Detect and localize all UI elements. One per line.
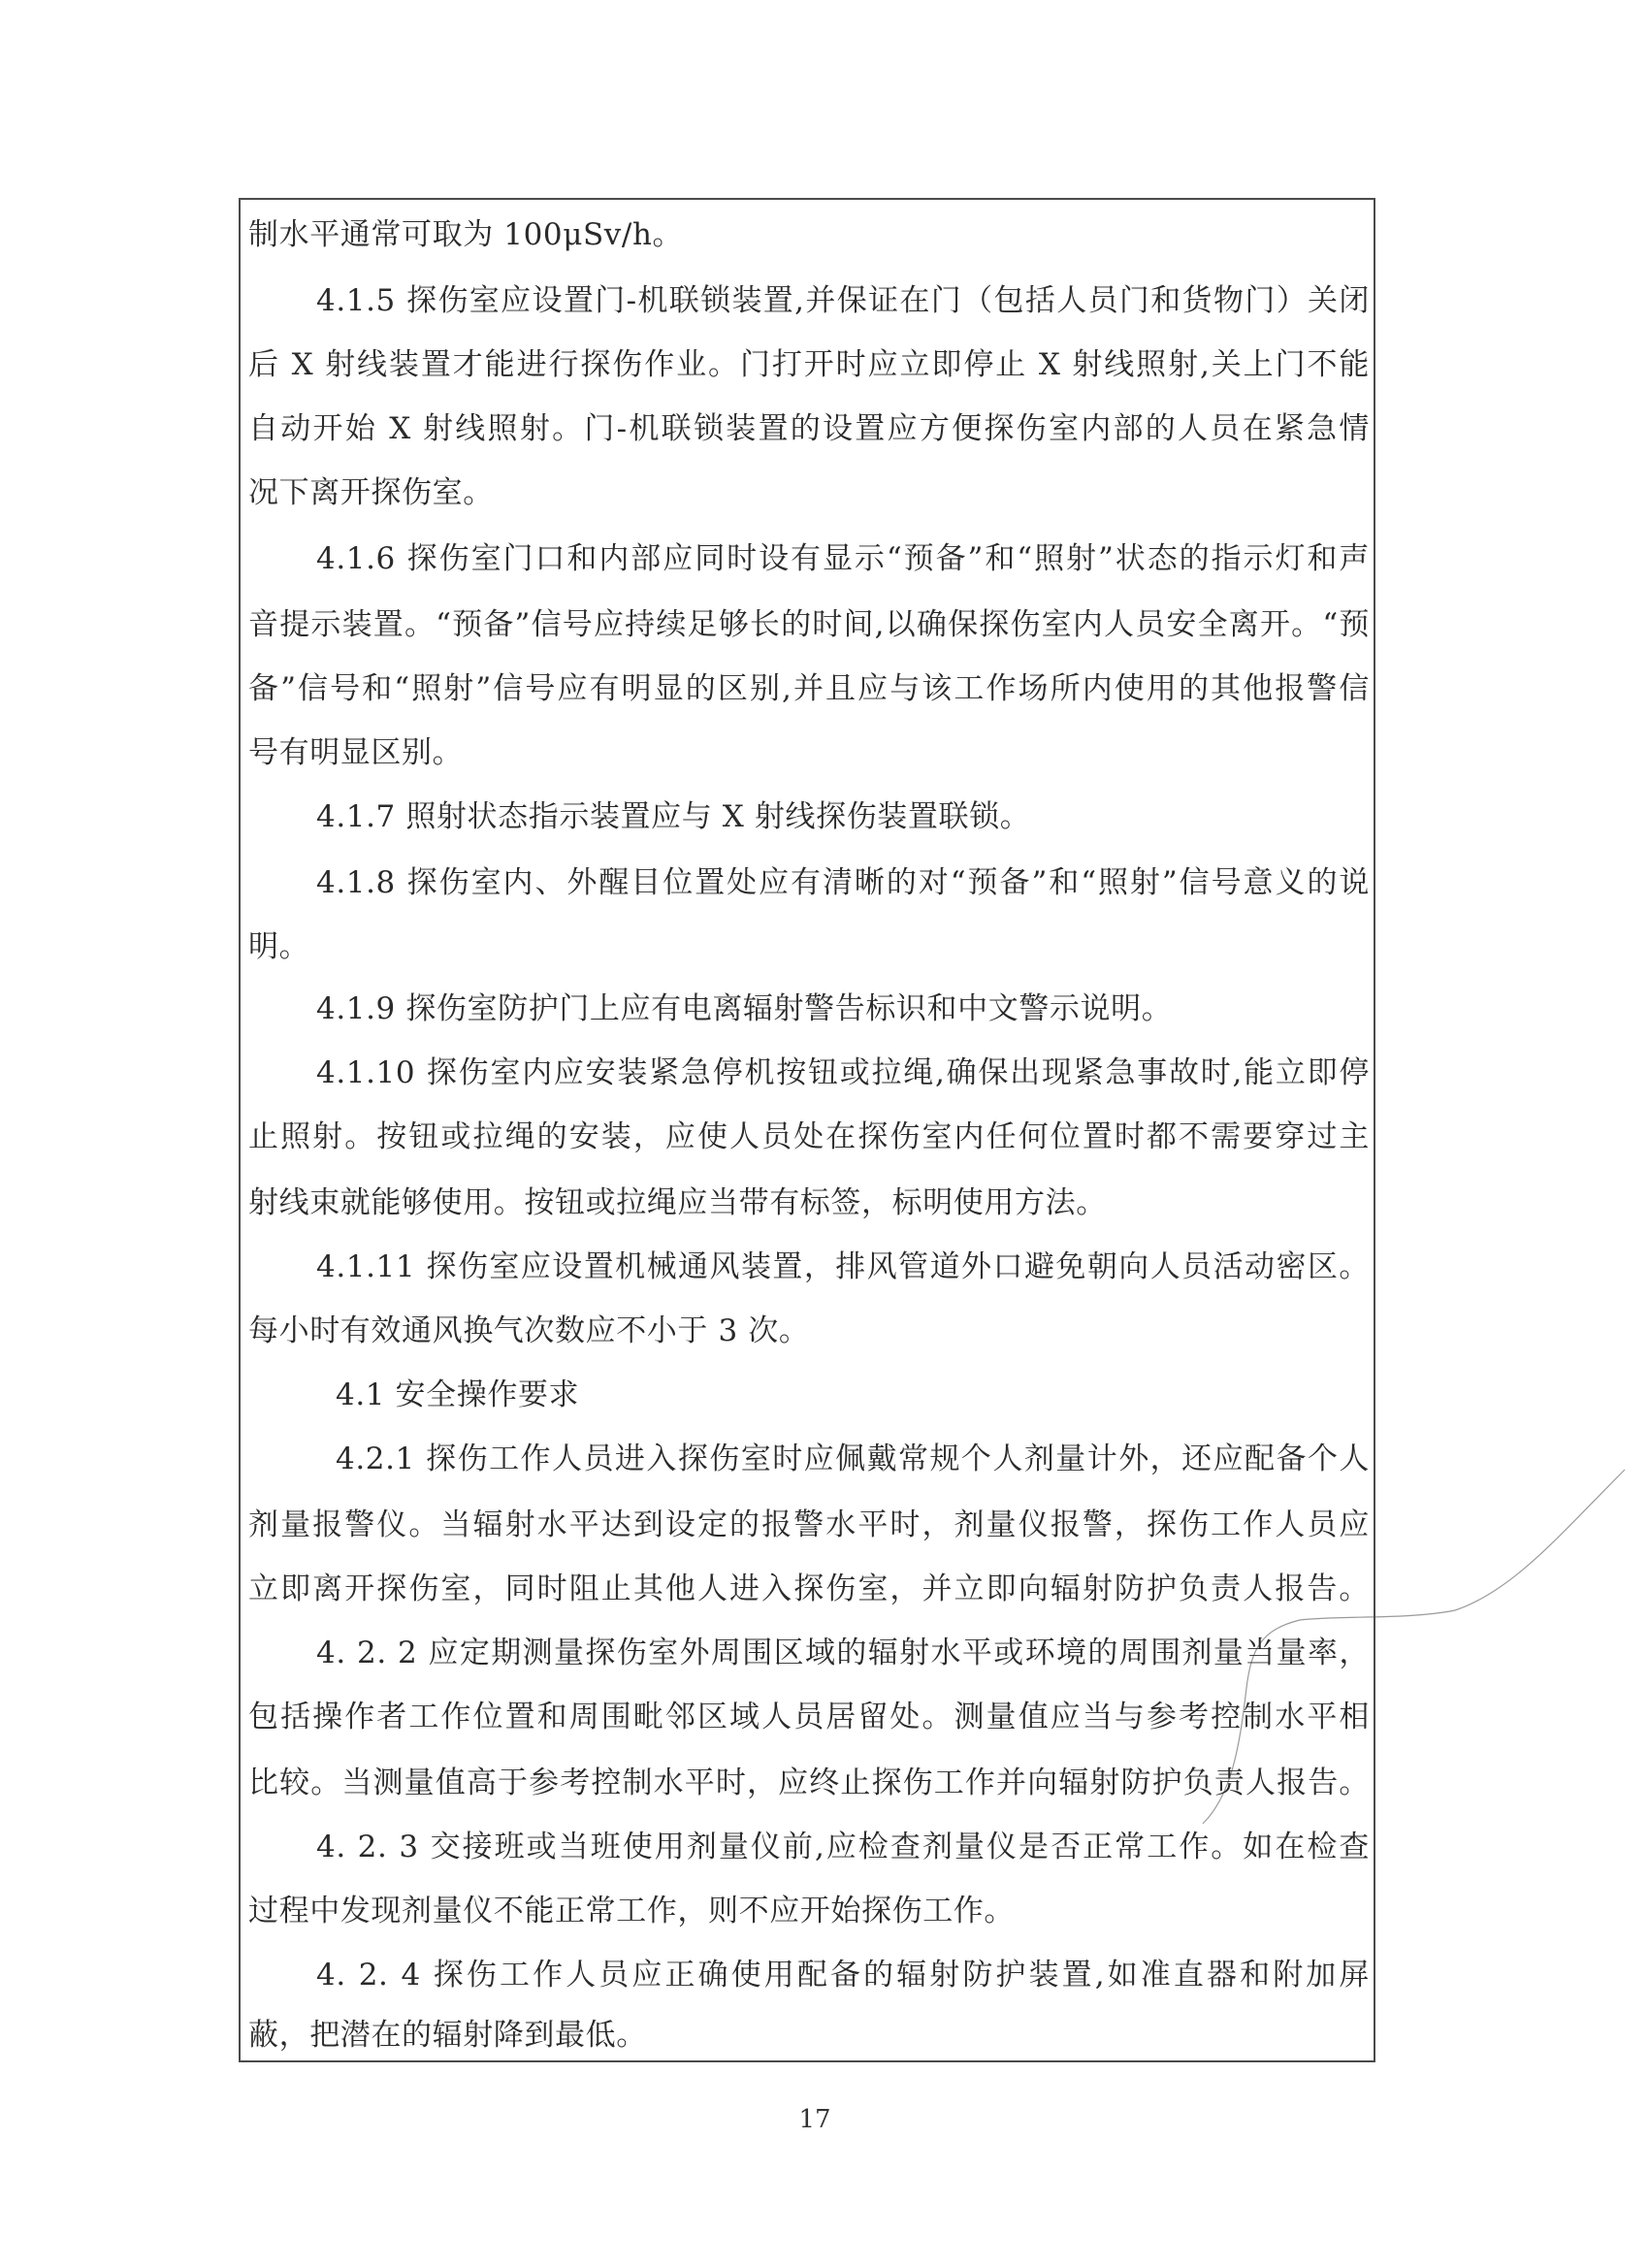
text-line: 比较。当测量值高于参考控制水平时，应终止探伤工作并向辐射防护负责人报告。: [248, 1762, 1370, 1804]
clause-4-2-3: 4. 2. 3 交接班或当班使用剂量仪前,应检查剂量仪是否正常工作。如在检查: [316, 1826, 1370, 1868]
text-line: 号有明显区别。: [248, 731, 1370, 774]
text-line: 射线束就能够使用。按钮或拉绳应当带有标签，标明使用方法。: [248, 1182, 1370, 1224]
text-line: 音提示装置。“预备”信号应持续足够长的时间,以确保探伤室内人员安全离开。“预: [248, 603, 1370, 646]
text-line: 况下离开探伤室。: [248, 471, 1370, 514]
clause-4-2-4: 4. 2. 4 探伤工作人员应正确使用配备的辐射防护装置,如准直器和附加屏: [316, 1954, 1370, 1996]
text-line: 立即离开探伤室，同时阻止其他人进入探伤室，并立即向辐射防护负责人报告。: [248, 1568, 1370, 1610]
text-line: 自动开始 X 射线照射。门-机联锁装置的设置应方便探伤室内部的人员在紧急情: [248, 407, 1370, 450]
clause-4-1-9: 4.1.9 探伤室防护门上应有电离辐射警告标识和中文警示说明。: [316, 988, 1370, 1030]
clause-4-1-10: 4.1.10 探伤室内应安装紧急停机按钮或拉绳,确保出现紧急事故时,能立即停: [316, 1052, 1370, 1094]
clause-4-2-1: 4.2.1 探伤工作人员进入探伤室时应佩戴常规个人剂量计外，还应配备个人: [336, 1438, 1370, 1480]
page-number: 17: [776, 2103, 854, 2136]
text-line: 蔽，把潜在的辐射降到最低。: [248, 2014, 1370, 2057]
text-line: 后 X 射线装置才能进行探伤作业。门打开时应立即停止 X 射线照射,关上门不能: [248, 343, 1370, 386]
clause-4-1-6: 4.1.6 探伤室门口和内部应同时设有显示“预备”和“照射”状态的指示灯和声: [316, 537, 1370, 580]
text-line: 过程中发现剂量仪不能正常工作，则不应开始探伤工作。: [248, 1890, 1370, 1932]
section-heading-safe-operation: 4.1 安全操作要求: [336, 1374, 1370, 1416]
text-line: 剂量报警仪。当辐射水平达到设定的报警水平时，剂量仪报警，探伤工作人员应: [248, 1504, 1370, 1546]
clause-4-2-2: 4. 2. 2 应定期测量探伤室外周围区域的辐射水平或环境的周围剂量当量率，: [316, 1632, 1370, 1674]
clause-4-1-11: 4.1.11 探伤室应设置机械通风装置，排风管道外口避免朝向人员活动密区。: [316, 1246, 1370, 1288]
text-line: 明。: [248, 925, 1370, 968]
clause-4-1-8: 4.1.8 探伤室内、外醒目位置处应有清晰的对“预备”和“照射”信号意义的说: [316, 861, 1370, 904]
text-line: 每小时有效通风换气次数应不小于 3 次。: [248, 1310, 1370, 1352]
clause-4-1-5: 4.1.5 探伤室应设置门-机联锁装置,并保证在门（包括人员门和货物门）关闭: [316, 279, 1370, 322]
text-line: 制水平通常可取为 100μSv/h。: [248, 213, 1370, 256]
text-line: 止照射。按钮或拉绳的安装，应使人员处在探伤室内任何位置时都不需要穿过主: [248, 1116, 1370, 1158]
text-line: 包括操作者工作位置和周围毗邻区域人员居留处。测量值应当与参考控制水平相: [248, 1696, 1370, 1738]
clause-4-1-7: 4.1.7 照射状态指示装置应与 X 射线探伤装置联锁。: [316, 795, 1370, 838]
text-line: 备”信号和“照射”信号应有明显的区别,并且应与该工作场所内使用的其他报警信: [248, 667, 1370, 710]
